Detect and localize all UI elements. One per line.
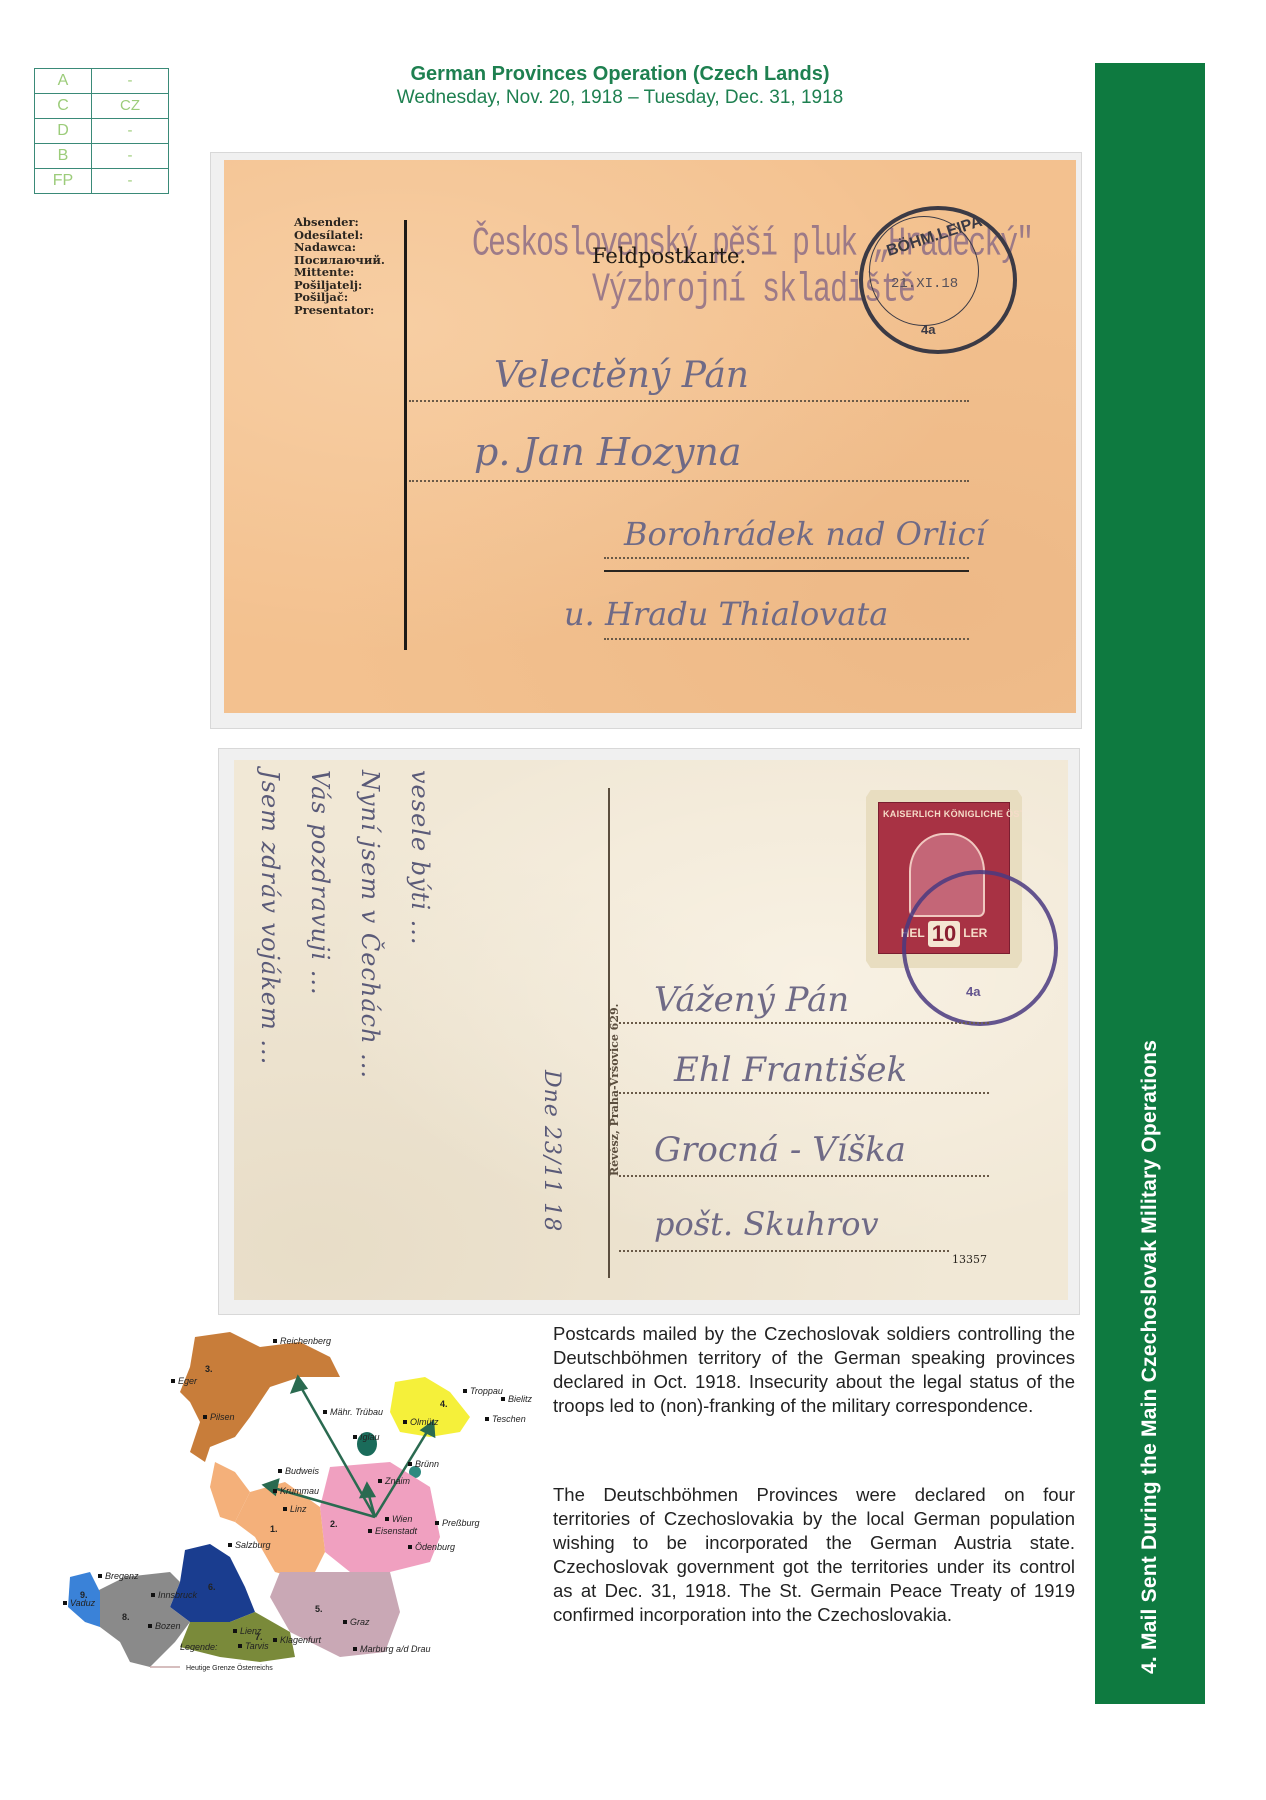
card-number: 13357	[952, 1253, 987, 1266]
handwritten-message: vesele býti ...	[406, 770, 434, 946]
stamp-inscription: KAISERLICH KÖNIGLICHE ÖSTERREICHISCHE PO…	[883, 809, 1005, 819]
map-city-label: Krummau	[280, 1486, 319, 1496]
sender-label: Absender:	[294, 216, 385, 229]
sender-label: Pošiljač:	[294, 291, 385, 304]
address-line	[409, 400, 969, 402]
classification-value: -	[92, 119, 169, 144]
map-city-label: Tarvis	[245, 1641, 269, 1651]
address-underline	[604, 570, 969, 572]
map-region-number: 6.	[208, 1582, 216, 1592]
map-city-label: Budweis	[285, 1466, 320, 1476]
picture-postcard-reverse: Jsem zdráv vojákem ... Vás pozdravuji ..…	[234, 760, 1068, 1300]
address-line	[604, 638, 969, 640]
handwritten-address-line-3: Borohrádek nad Orlicí	[624, 515, 986, 553]
address-line	[604, 557, 969, 559]
feldpostkarte-title: Feldpostkarte.	[592, 244, 746, 268]
classification-value: -	[92, 69, 169, 94]
feldpostkarte-postcard: Absender:Odesílatel:Nadawca:Посилаючий.M…	[224, 160, 1076, 713]
map-city-label: Troppau	[470, 1386, 503, 1396]
map-legend-title: Legende:	[180, 1642, 218, 1652]
map-city-label: Teschen	[492, 1414, 526, 1424]
address-line	[619, 1250, 949, 1252]
classification-key: D	[35, 119, 92, 144]
map-city-label: Bregenz	[105, 1571, 139, 1581]
address-line	[619, 1022, 989, 1024]
handwritten-address-line-1: Velectěný Pán	[494, 355, 749, 396]
handwritten-address-line-2: p. Jan Hozyna	[474, 430, 742, 474]
map-city-label: Pilsen	[210, 1412, 235, 1422]
handwritten-address-line-1: Vážený Pán	[654, 980, 849, 1020]
page-header: German Provinces Operation (Czech Lands)…	[300, 62, 940, 110]
territory-map: ReichenbergEgerPilsenMähr. TrübauTroppau…	[30, 1322, 550, 1672]
card-divider	[404, 220, 407, 650]
map-region-number: 9.	[80, 1590, 88, 1600]
map-region-number: 3.	[205, 1364, 213, 1374]
address-line	[619, 1092, 989, 1094]
postmark-number: 4a	[921, 322, 935, 337]
page-title: German Provinces Operation (Czech Lands)	[300, 62, 940, 86]
handwritten-address-line-4: u. Hradu Thialovata	[564, 595, 888, 633]
map-city-label: Wien	[392, 1514, 412, 1524]
map-region-number: 4.	[440, 1399, 448, 1409]
handwritten-address-line-4: pošt. Skuhrov	[654, 1205, 879, 1243]
map-region-number: 7.	[255, 1632, 263, 1642]
address-line	[409, 480, 969, 482]
map-city-label: Klagenfurt	[280, 1635, 322, 1645]
handwritten-message: Nyní jsem v Čechách ...	[356, 770, 384, 1079]
address-line	[619, 1175, 989, 1177]
map-city-label: Linz	[290, 1504, 307, 1514]
sender-labels: Absender:Odesílatel:Nadawca:Посилаючий.M…	[294, 216, 385, 316]
map-city-label: Eger	[178, 1376, 198, 1386]
map-region-number: 1.	[270, 1524, 278, 1534]
classification-row: FP-	[35, 169, 169, 194]
map-city-label: Graz	[350, 1617, 370, 1627]
postmark-number: 4a	[966, 984, 980, 999]
map-city-label: Olmütz	[410, 1417, 439, 1427]
handwritten-address-line-3: Grocná - Víška	[654, 1130, 906, 1170]
classification-key: C	[35, 94, 92, 119]
chapter-title: 4. Mail Sent During the Main Czechoslova…	[1138, 1040, 1162, 1674]
classification-key: A	[35, 69, 92, 94]
classification-table: A-CCZD-B-FP-	[34, 68, 169, 194]
classification-row: A-	[35, 69, 169, 94]
map-region-number: 5.	[315, 1604, 323, 1614]
map-city-label: Salzburg	[235, 1540, 271, 1550]
map-city-label: Mähr. Trübau	[330, 1407, 383, 1417]
classification-value: -	[92, 169, 169, 194]
classification-value: -	[92, 144, 169, 169]
classification-row: CCZ	[35, 94, 169, 119]
sender-label: Presentator:	[294, 304, 385, 317]
map-city-label: Eisenstadt	[375, 1526, 418, 1536]
postmark-bohm-leipa: BÖHM.LEIPA 21.XI.18 4a	[859, 206, 1017, 354]
sender-label: Nadawca:	[294, 241, 385, 254]
classification-key: B	[35, 144, 92, 169]
handwritten-address-line-2: Ehl František	[674, 1050, 907, 1090]
map-city-label: Iglau	[360, 1432, 380, 1442]
chapter-band: 4. Mail Sent During the Main Czechoslova…	[1095, 63, 1205, 1704]
classification-value: CZ	[92, 94, 169, 119]
handwritten-date: Dne 23/11 18	[539, 1070, 564, 1232]
map-region-number: 8.	[122, 1612, 130, 1622]
description-paragraph-1: Postcards mailed by the Czechoslovak sol…	[553, 1322, 1075, 1418]
date-range: Wednesday, Nov. 20, 1918 – Tuesday, Dec.…	[300, 86, 940, 110]
description-paragraph-2: The Deutschböhmen Provinces were declare…	[553, 1483, 1075, 1627]
map-region-number: 2.	[330, 1519, 338, 1529]
postmark-violet: 4a	[902, 870, 1058, 1026]
map-city-label: Reichenberg	[280, 1336, 331, 1346]
map-city-label: Ödenburg	[415, 1542, 455, 1552]
map-city-label: Bozen	[155, 1621, 181, 1631]
map-city-label: Preßburg	[442, 1518, 480, 1528]
classification-key: FP	[35, 169, 92, 194]
map-city-label: Znaim	[384, 1476, 411, 1486]
map-city-label: Innsbruck	[158, 1590, 198, 1600]
map-city-label: Bielitz	[508, 1394, 533, 1404]
sender-label: Mittente:	[294, 266, 385, 279]
map-city-label: Marburg a/d Drau	[360, 1644, 431, 1654]
handwritten-message: Jsem zdráv vojákem ...	[256, 770, 284, 1065]
publisher-imprint: Révész, Praha-Vršovice 629.	[608, 1004, 621, 1176]
classification-row: B-	[35, 144, 169, 169]
map-legend-item: Heutige Grenze Österreichs	[186, 1664, 273, 1672]
map-city-label: Brünn	[415, 1459, 439, 1469]
classification-row: D-	[35, 119, 169, 144]
postmark-date: 21.XI.18	[891, 276, 958, 292]
handwritten-message: Vás pozdravuji ...	[306, 770, 334, 996]
